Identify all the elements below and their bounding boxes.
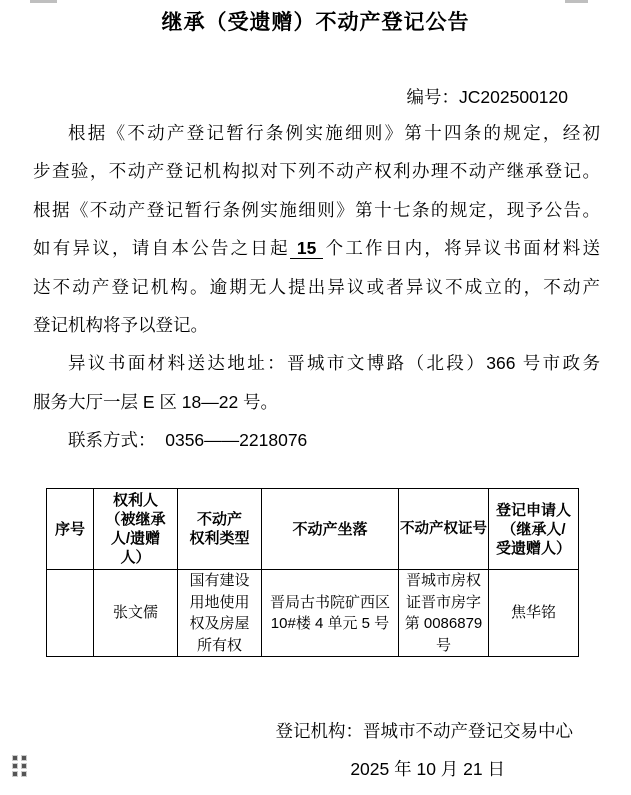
cell-property-location: 晋局古书院矿西区 10#楼 4 单元 5 号	[262, 570, 399, 657]
cell-seq-no	[47, 570, 94, 657]
notice-date: 2025 年 10 月 21 日	[33, 757, 505, 781]
notice-title: 继承（受遗赠）不动产登记公告	[0, 6, 631, 36]
top-left-cutoff-bar	[30, 0, 57, 3]
notice-body: 根据《不动产登记暂行条例实施细则》第十四条的规定，经初 步查验，不动产登记机构拟…	[33, 114, 600, 460]
header-right-type: 不动产 权利类型	[178, 489, 262, 570]
registration-agency: 登记机构：晋城市不动产登记交易中心	[33, 719, 573, 743]
grip-dot	[22, 764, 26, 768]
contact-line: 联系方式： 0356——2218076	[33, 421, 600, 459]
paragraph1-line6: 登记机构将予以登记。	[33, 306, 600, 344]
grip-dot	[22, 756, 26, 760]
grip-dot	[13, 764, 17, 768]
paragraph1-line4: 如有异议，请自本公告之日起15个工作日内，将异议书面材料送	[33, 229, 600, 267]
cell-certificate-no: 晋城市房权 证晋市房字 第 0086879 号	[399, 570, 489, 657]
paragraph2-line1: 异议书面材料送达地址：晋城市文博路（北段）366 号市政务	[33, 344, 600, 382]
objection-period-days: 15	[290, 238, 323, 259]
cell-right-holder: 张文儒	[94, 570, 178, 657]
header-applicant: 登记申请人 （继承人/ 受遗赠人）	[489, 489, 579, 570]
drag-grip-icon[interactable]	[13, 756, 26, 776]
objection-period-post: 个工作日内，将异议书面材料送	[323, 238, 600, 258]
registration-table: 序号 权利人 （被继承 人/遗赠 人） 不动产 权利类型 不动产坐落 不动产权证…	[46, 488, 579, 657]
header-certificate-no: 不动产权证号	[399, 489, 489, 570]
paragraph1-line5: 达不动产登记机构。逾期无人提出异议或者异议不成立的，不动产	[33, 268, 600, 306]
cell-applicant: 焦华铭	[489, 570, 579, 657]
paragraph1-line2: 步查验，不动产登记机构拟对下列不动产权利办理不动产继承登记。	[33, 152, 600, 190]
paragraph1-line3: 根据《不动产登记暂行条例实施细则》第十七条的规定，现予公告。	[33, 191, 600, 229]
header-right-holder: 权利人 （被继承 人/遗赠 人）	[94, 489, 178, 570]
header-seq-no: 序号	[47, 489, 94, 570]
paragraph2-line2: 服务大厅一层 E 区 18—22 号。	[33, 383, 600, 421]
grip-dot	[13, 756, 17, 760]
cell-right-type: 国有建设 用地使用 权及房屋 所有权	[178, 570, 262, 657]
objection-period-pre: 如有异议，请自本公告之日起	[33, 238, 290, 258]
grip-dot	[22, 772, 26, 776]
table-header-row: 序号 权利人 （被继承 人/遗赠 人） 不动产 权利类型 不动产坐落 不动产权证…	[47, 489, 579, 570]
top-right-cutoff-bar	[565, 0, 588, 3]
header-property-location: 不动产坐落	[262, 489, 399, 570]
reference-number: 编号：JC202500120	[33, 84, 600, 109]
paragraph1-line1: 根据《不动产登记暂行条例实施细则》第十四条的规定，经初	[33, 114, 600, 152]
grip-dot	[13, 772, 17, 776]
table-row: 张文儒 国有建设 用地使用 权及房屋 所有权 晋局古书院矿西区 10#楼 4 单…	[47, 570, 579, 657]
